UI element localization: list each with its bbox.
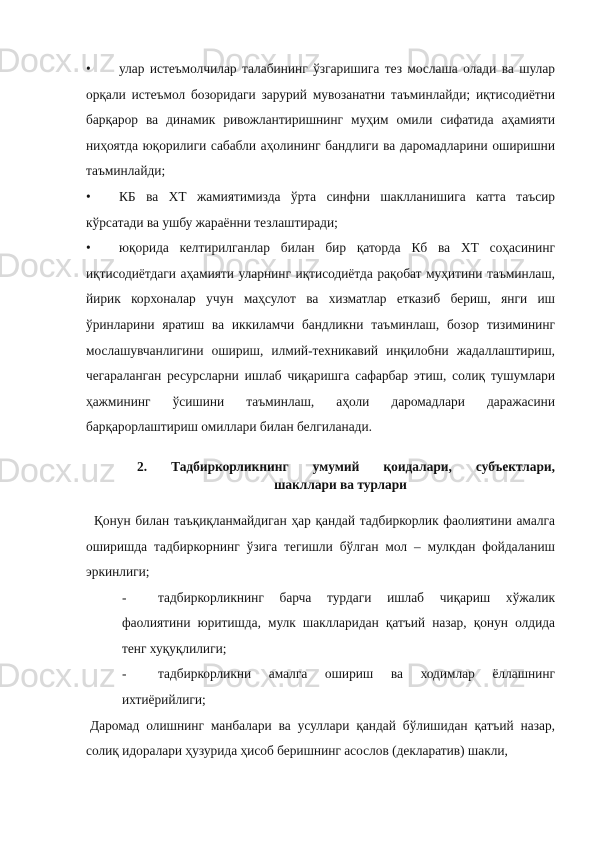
- dash-list-principles: -тадбиркорликнинг барча турдаги ишлаб чи…: [122, 585, 555, 713]
- bullet-marker: •: [86, 184, 119, 210]
- bullet-item: •улар истеъмолчилар талабининг ўзгаришиг…: [86, 56, 555, 184]
- heading-word: қоидалари,: [383, 458, 451, 476]
- bullet-item: •юқорида келтирилганлар билан бир қаторд…: [86, 235, 555, 440]
- dash-text-first: тадбиркорликнинг барча турдаги ишлаб чиқ…: [158, 590, 555, 605]
- dash-item: -тадбиркорликнинг барча турдаги ишлаб чи…: [122, 585, 555, 662]
- bullet-text-rest: иқтисодиётдаги аҳамияти уларнинг иқтисод…: [86, 266, 555, 435]
- dash-marker: -: [122, 661, 158, 687]
- bullet-marker: •: [86, 56, 119, 82]
- section-heading: 2. Тадбиркорликнинг умумий қоидалари, су…: [86, 458, 555, 494]
- bullet-text-first: улар истеъмолчилар талабининг ўзгаришига…: [119, 61, 514, 76]
- dash-text-rest: ихтиёрийлиги;: [122, 692, 206, 707]
- heading-word: Тадбиркорликнинг: [171, 458, 288, 476]
- dash-marker: -: [122, 585, 158, 611]
- dash-item: -тадбиркорликни амалга ошириш ва ходимла…: [122, 661, 555, 712]
- bullet-text-rest: кўрсатади ва ушбу жараённи тезлаштиради;: [86, 215, 338, 230]
- bullet-marker: •: [86, 235, 119, 261]
- bullet-item: •КБ ва ХТ жамиятимизда ўрта синфни шаклл…: [86, 184, 555, 235]
- paragraph-freedom: Қонун билан таъқиқланмайдиган ҳар қандай…: [86, 508, 555, 585]
- paragraph-income-sources: Даромад олишнинг манбалари ва усуллари қ…: [86, 713, 555, 764]
- bullet-text-first: юқорида келтирилганлар билан бир қаторда…: [119, 240, 555, 255]
- dash-text-first: тадбиркорликни амалга ошириш ва ходимлар…: [158, 666, 555, 681]
- heading-word: субъектлари,: [476, 458, 555, 476]
- dash-text-rest: фаолиятини юритишда, мулк шаклларидан қа…: [122, 615, 555, 656]
- document-page: •улар истеъмолчилар талабининг ўзгаришиг…: [86, 56, 555, 764]
- section-heading-line-1: 2. Тадбиркорликнинг умумий қоидалари, су…: [137, 458, 555, 476]
- heading-word: умумий: [313, 458, 360, 476]
- section-number: 2.: [137, 458, 147, 476]
- bullet-text-rest: шулар орқали истеъмол бозоридаги зарурий…: [86, 61, 555, 178]
- bullet-text-first: КБ ва ХТ жамиятимизда ўрта синфни шаклла…: [119, 189, 555, 204]
- section-heading-line-2: шакллари ва турлари: [86, 476, 555, 494]
- bullet-list-advantages: •улар истеъмолчилар талабининг ўзгаришиг…: [86, 56, 555, 440]
